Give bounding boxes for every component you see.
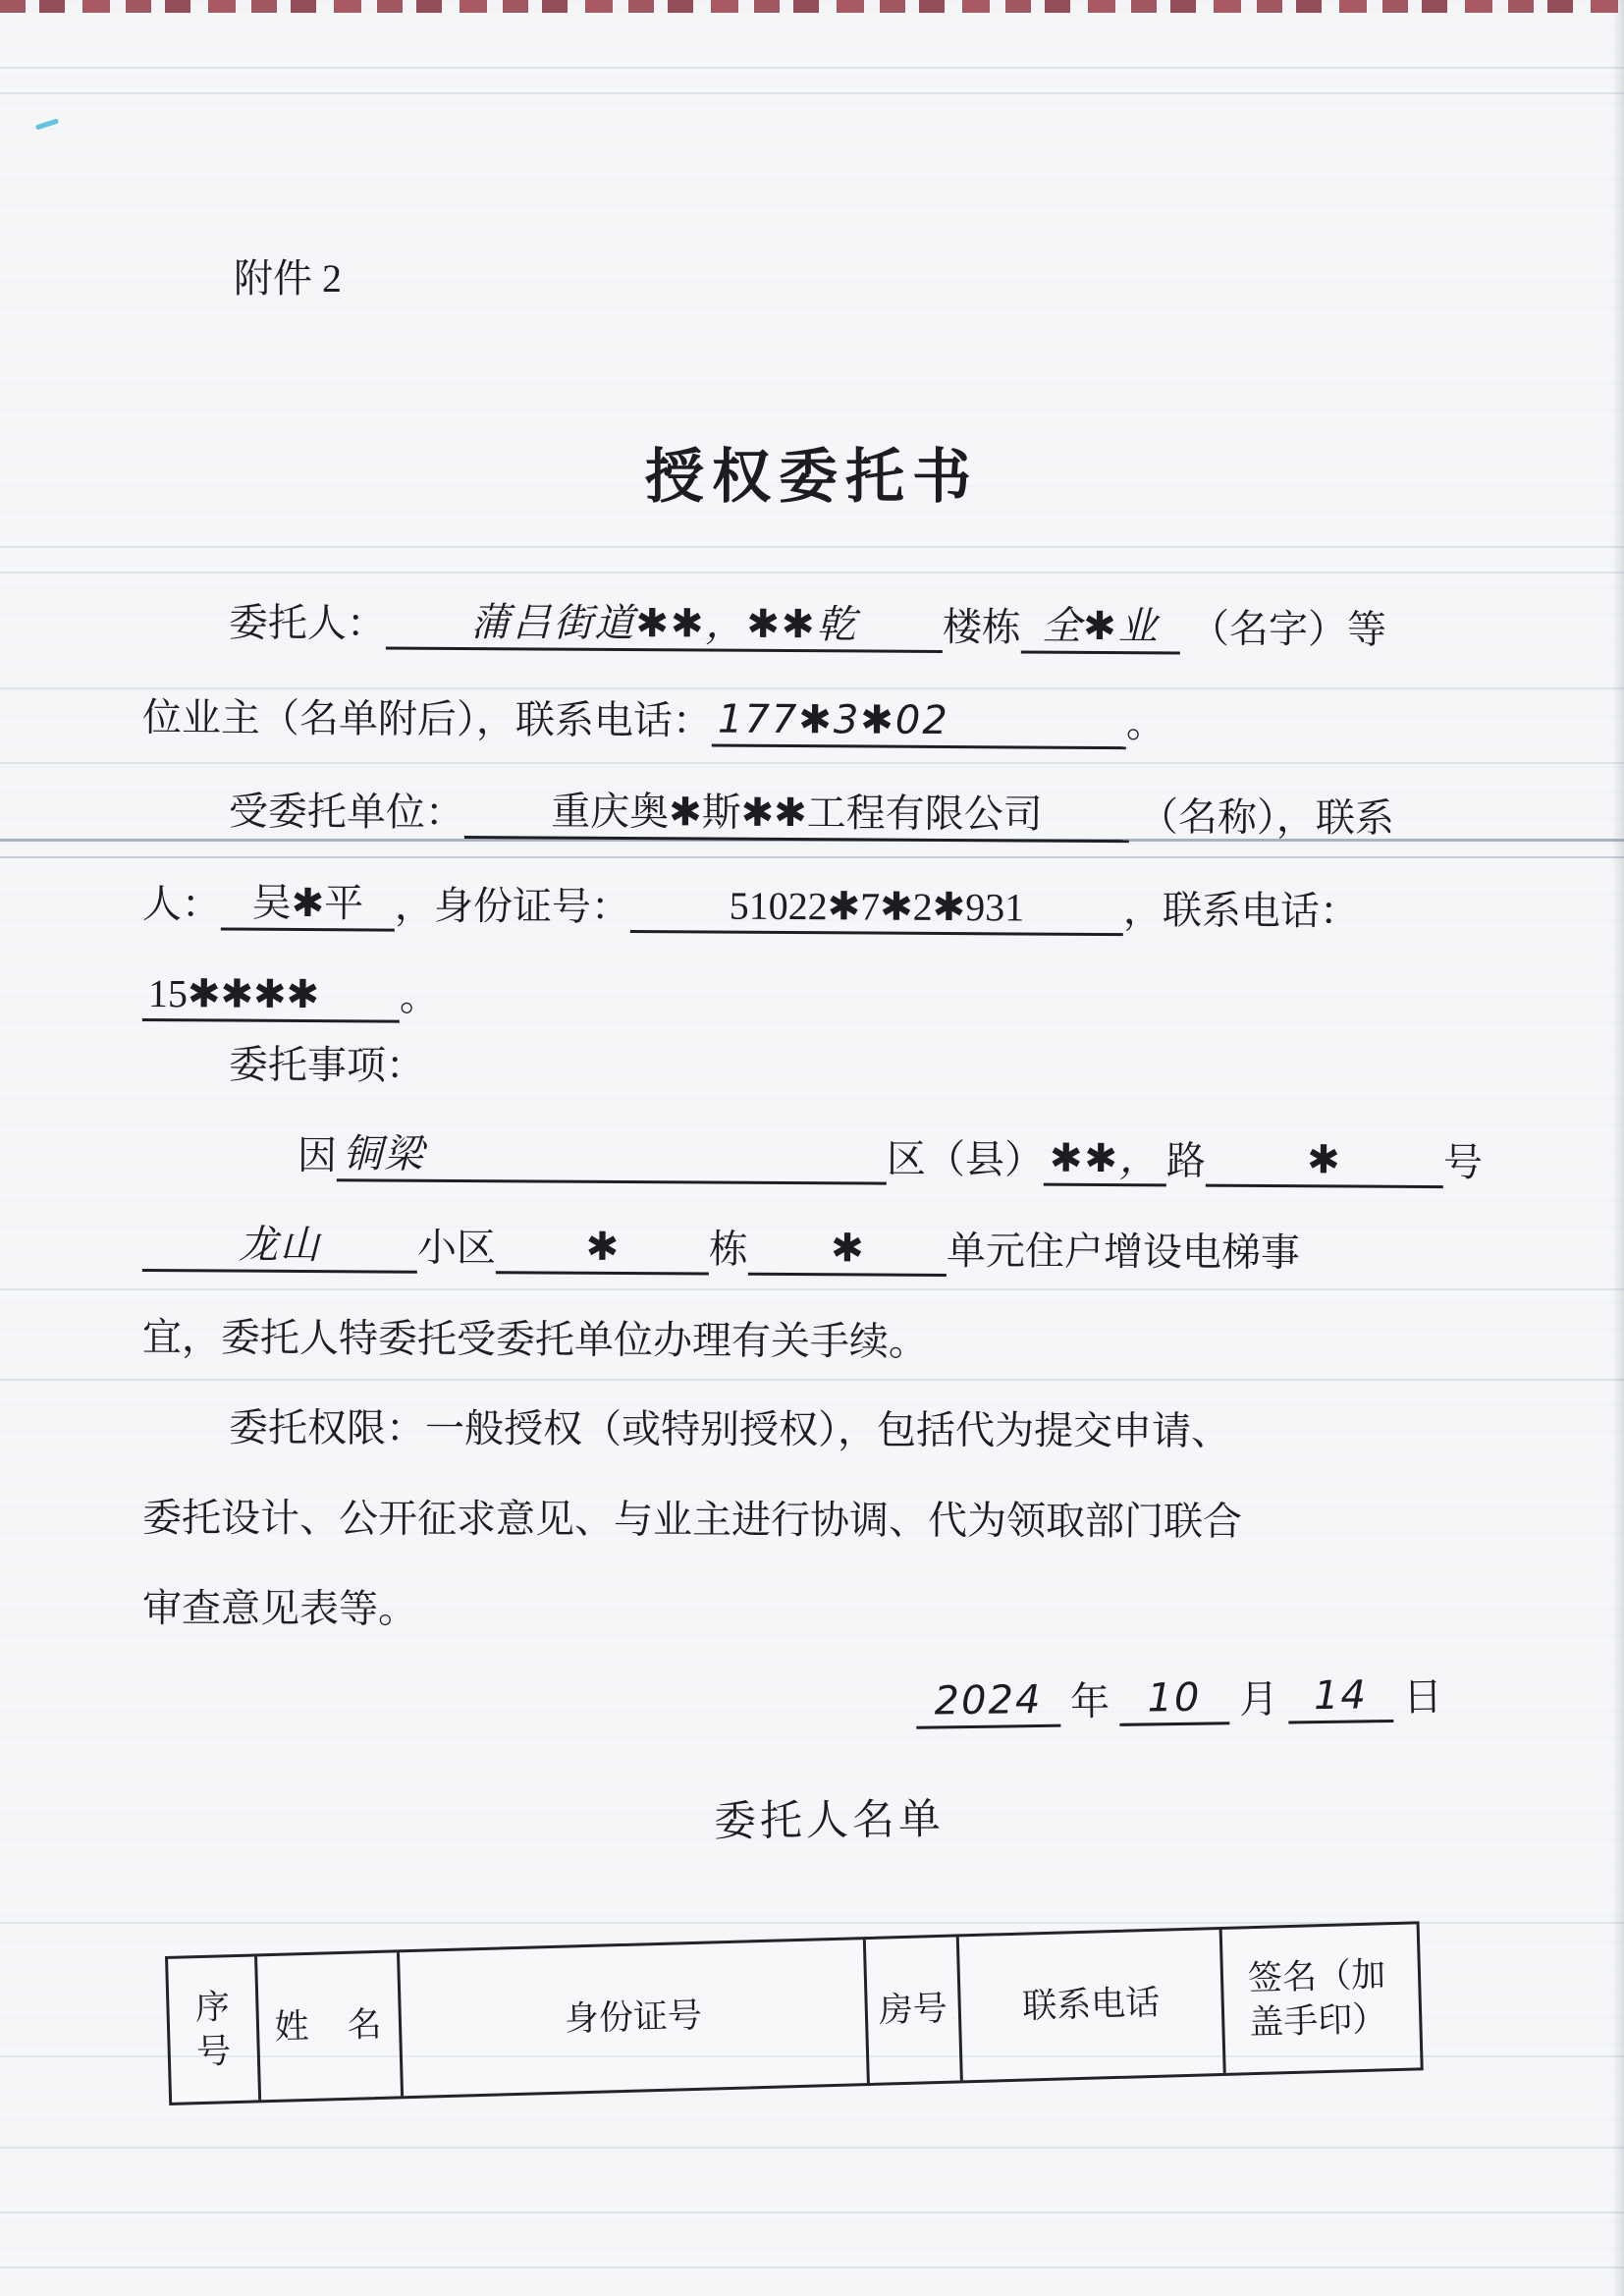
contact-phone-fill: 15✱✱✱✱ — [142, 971, 400, 1023]
principal-tail: （名字）等 — [1190, 607, 1386, 652]
building-word: 楼栋 — [943, 605, 1021, 649]
date-day-fill: 14 — [1288, 1672, 1394, 1723]
scan-line-artifact — [0, 92, 1624, 94]
entrust-matters-heading: 委托事项： — [142, 1039, 1506, 1098]
scan-line-artifact — [0, 572, 1624, 574]
principal-line-2: 位业主（名单附后），联系电话：177✱3✱02。 — [142, 692, 1506, 751]
roster-table: 序号 姓 名 身份证号 房号 联系电话 签名（加盖手印） — [165, 1921, 1424, 2105]
principal-line: 委托人：蒲吕街道✱✱，✱✱乾楼栋全✱业 （名字）等 — [142, 597, 1506, 656]
scan-line-artifact — [0, 546, 1624, 548]
authority-line-1: 委托权限：一般授权（或特别授权），包括代为提交申请、 — [142, 1402, 1506, 1458]
authority-line-2: 委托设计、公开征求意见、与业主进行协调、代为领取部门联合 — [142, 1493, 1506, 1549]
roster-header-id: 身份证号 — [400, 1940, 870, 2096]
scan-line-artifact — [0, 1288, 1624, 1290]
entrusted-unit-line: 受委托单位：重庆奥✱斯✱✱工程有限公司 （名称），联系 — [142, 786, 1506, 845]
period: 。 — [1126, 701, 1165, 745]
building-number-fill: ✱ — [496, 1224, 709, 1275]
date-year-fill: 2024 — [916, 1677, 1061, 1729]
month-label: 月 — [1239, 1677, 1279, 1722]
scan-line-artifact — [0, 687, 1624, 689]
building-label: 栋 — [709, 1228, 748, 1272]
number-label: 号 — [1443, 1140, 1483, 1184]
roster-header-name: 姓 名 — [257, 1952, 404, 2100]
location-line-2: 龙山小区✱栋✱单元住户增设电梯事 — [142, 1221, 1506, 1280]
scan-line-artifact — [0, 1379, 1624, 1381]
scan-line-artifact — [0, 762, 1624, 764]
contact-phone-line: 15✱✱✱✱。 — [142, 970, 1506, 1029]
scan-line-artifact — [0, 2267, 1624, 2269]
scan-line-artifact — [0, 2212, 1624, 2214]
contact-name-fill: 吴✱平 — [221, 880, 395, 931]
date-line: 2024 年 10 月 14 日 — [916, 1666, 1443, 1728]
location-line-1: 因铜梁区（县）✱✱，路✱号 — [142, 1129, 1506, 1188]
attachment-label: 附件 2 — [234, 247, 342, 303]
roster-header-seq: 序号 — [168, 1956, 261, 2102]
area-fill: ✱✱， — [1044, 1136, 1166, 1187]
cyan-pen-mark-artifact — [35, 118, 59, 130]
district-county-label: 区（县） — [887, 1137, 1044, 1182]
principal-owner-fill: 全✱业 — [1021, 603, 1180, 654]
entrusted-unit-label: 受委托单位： — [229, 790, 464, 835]
entrust-matters-label: 委托事项： — [229, 1043, 425, 1088]
scanned-authorization-letter-page: 附件 2 授权委托书 委托人：蒲吕街道✱✱，✱✱乾楼栋全✱业 （名字）等 位业主… — [0, 0, 1624, 2296]
contact-person-line: 人：吴✱平，身份证号：51022✱7✱2✱931，联系电话： — [142, 879, 1506, 938]
document-title: 授权委托书 — [0, 430, 1624, 515]
entrusted-unit-tail: （名称），联系 — [1139, 794, 1394, 841]
road-label: 路 — [1166, 1138, 1206, 1182]
id-label: ，身份证号： — [395, 884, 630, 929]
roster-header-tel: 联系电话 — [959, 1930, 1226, 2080]
authority-text-3: 审查意见表等。 — [142, 1586, 417, 1631]
year-label: 年 — [1070, 1679, 1110, 1724]
location-tail: 单元住户增设电梯事 — [947, 1229, 1300, 1275]
community-fill: 龙山 — [142, 1222, 417, 1274]
community-label: 小区 — [417, 1226, 496, 1270]
authority-text-2: 委托设计、公开征求意见、与业主进行协调、代为领取部门联合 — [142, 1496, 1242, 1544]
roster-heading: 委托人名单 — [142, 1780, 1517, 1855]
scan-line-artifact — [0, 2147, 1624, 2149]
matters-closing-text: 宜，委托人特委托受委托单位办理有关手续。 — [142, 1315, 928, 1364]
district-fill: 铜梁 — [337, 1131, 887, 1184]
date-month-fill: 10 — [1119, 1674, 1230, 1726]
scan-line-artifact — [0, 67, 1624, 69]
scan-line-artifact — [0, 856, 1624, 858]
id-number-fill: 51022✱7✱2✱931 — [630, 883, 1123, 936]
road-number-fill: ✱ — [1206, 1137, 1443, 1188]
principal-phone-fill: 177✱3✱02 — [712, 697, 1126, 750]
roster-header-room: 房号 — [866, 1937, 963, 2083]
authority-text-1: 委托权限：一般授权（或特别授权），包括代为提交申请、 — [229, 1405, 1230, 1453]
matters-closing-line: 宜，委托人特委托受委托单位办理有关手续。 — [142, 1312, 1506, 1371]
phone-label: ，联系电话： — [1123, 888, 1359, 933]
unit-number-fill: ✱ — [748, 1226, 947, 1277]
authority-line-3: 审查意见表等。 — [142, 1583, 1506, 1639]
period: 。 — [400, 975, 439, 1019]
contact-label: 人： — [142, 882, 221, 926]
principal-label: 委托人： — [229, 601, 386, 646]
scan-top-red-band-artifact — [0, 0, 1624, 13]
owners-text: 位业主（名单附后），联系电话： — [142, 695, 712, 743]
company-name-fill: 重庆奥✱斯✱✱工程有限公司 — [464, 789, 1129, 843]
principal-names-fill: 蒲吕街道✱✱，✱✱乾 — [386, 600, 943, 653]
because-word: 因 — [298, 1133, 337, 1177]
roster-header-sign: 签名（加盖手印） — [1222, 1925, 1413, 2073]
day-label: 日 — [1403, 1674, 1443, 1720]
